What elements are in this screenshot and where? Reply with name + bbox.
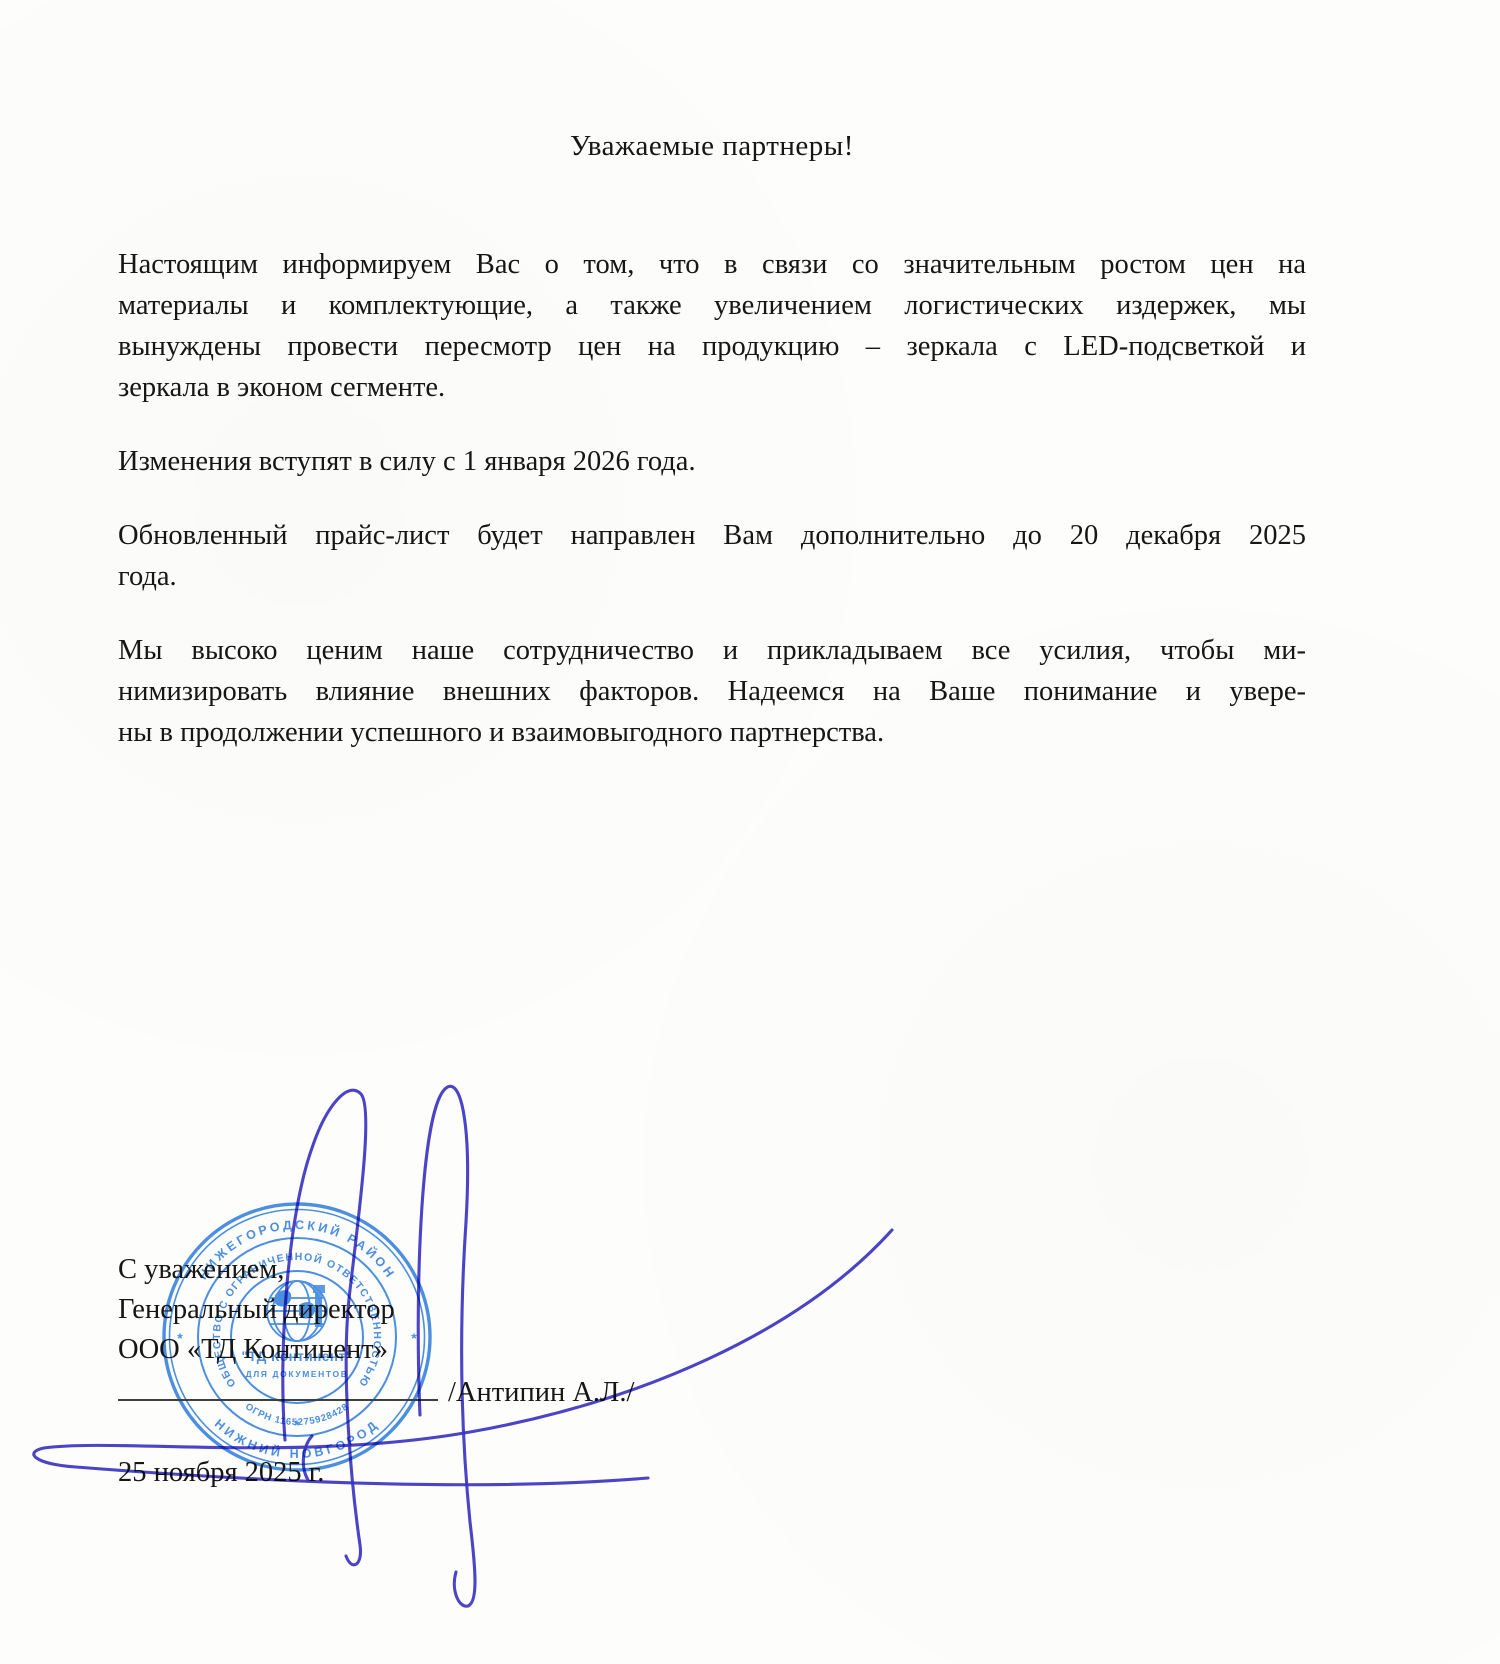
- signature-stroke-hook: [303, 1436, 312, 1480]
- paragraph-line: Настоящим информируем Вас о том, что в с…: [118, 244, 1306, 285]
- paragraph-line: года.: [118, 556, 1306, 597]
- paragraph-line: Изменения вступят в силу с 1 января 2026…: [118, 441, 1306, 482]
- paragraph: Настоящим информируем Вас о том, что в с…: [118, 244, 1306, 408]
- signature-stroke-loop1: [283, 1090, 366, 1565]
- signature-strokes: [0, 1040, 950, 1664]
- paragraph: Мы высоко ценим наше сотрудничество и пр…: [118, 630, 1306, 753]
- letter-body: Настоящим информируем Вас о том, что в с…: [118, 244, 1306, 786]
- letter-page: Уважаемые партнеры! Настоящим информируе…: [0, 0, 1500, 1664]
- paragraph-line: Мы высоко ценим наше сотрудничество и пр…: [118, 630, 1306, 671]
- paragraph: Изменения вступят в силу с 1 января 2026…: [118, 441, 1306, 482]
- paragraph-line: ны в продолжении успешного и взаимовыгод…: [118, 712, 1306, 753]
- paragraph-line: материалы и комплектующие, а также увели…: [118, 285, 1306, 326]
- paragraph-line: зеркала в эконом сегменте.: [118, 367, 1306, 408]
- paragraph-line: Обновленный прайс-лист будет направлен В…: [118, 515, 1306, 556]
- paragraph-line: вынуждены провести пересмотр цен на прод…: [118, 326, 1306, 367]
- paragraph: Обновленный прайс-лист будет направлен В…: [118, 515, 1306, 597]
- letter-heading: Уважаемые партнеры!: [118, 130, 1306, 163]
- paragraph-line: нимизировать влияние внешних факторов. Н…: [118, 671, 1306, 712]
- signature-stroke-loop2: [418, 1086, 475, 1606]
